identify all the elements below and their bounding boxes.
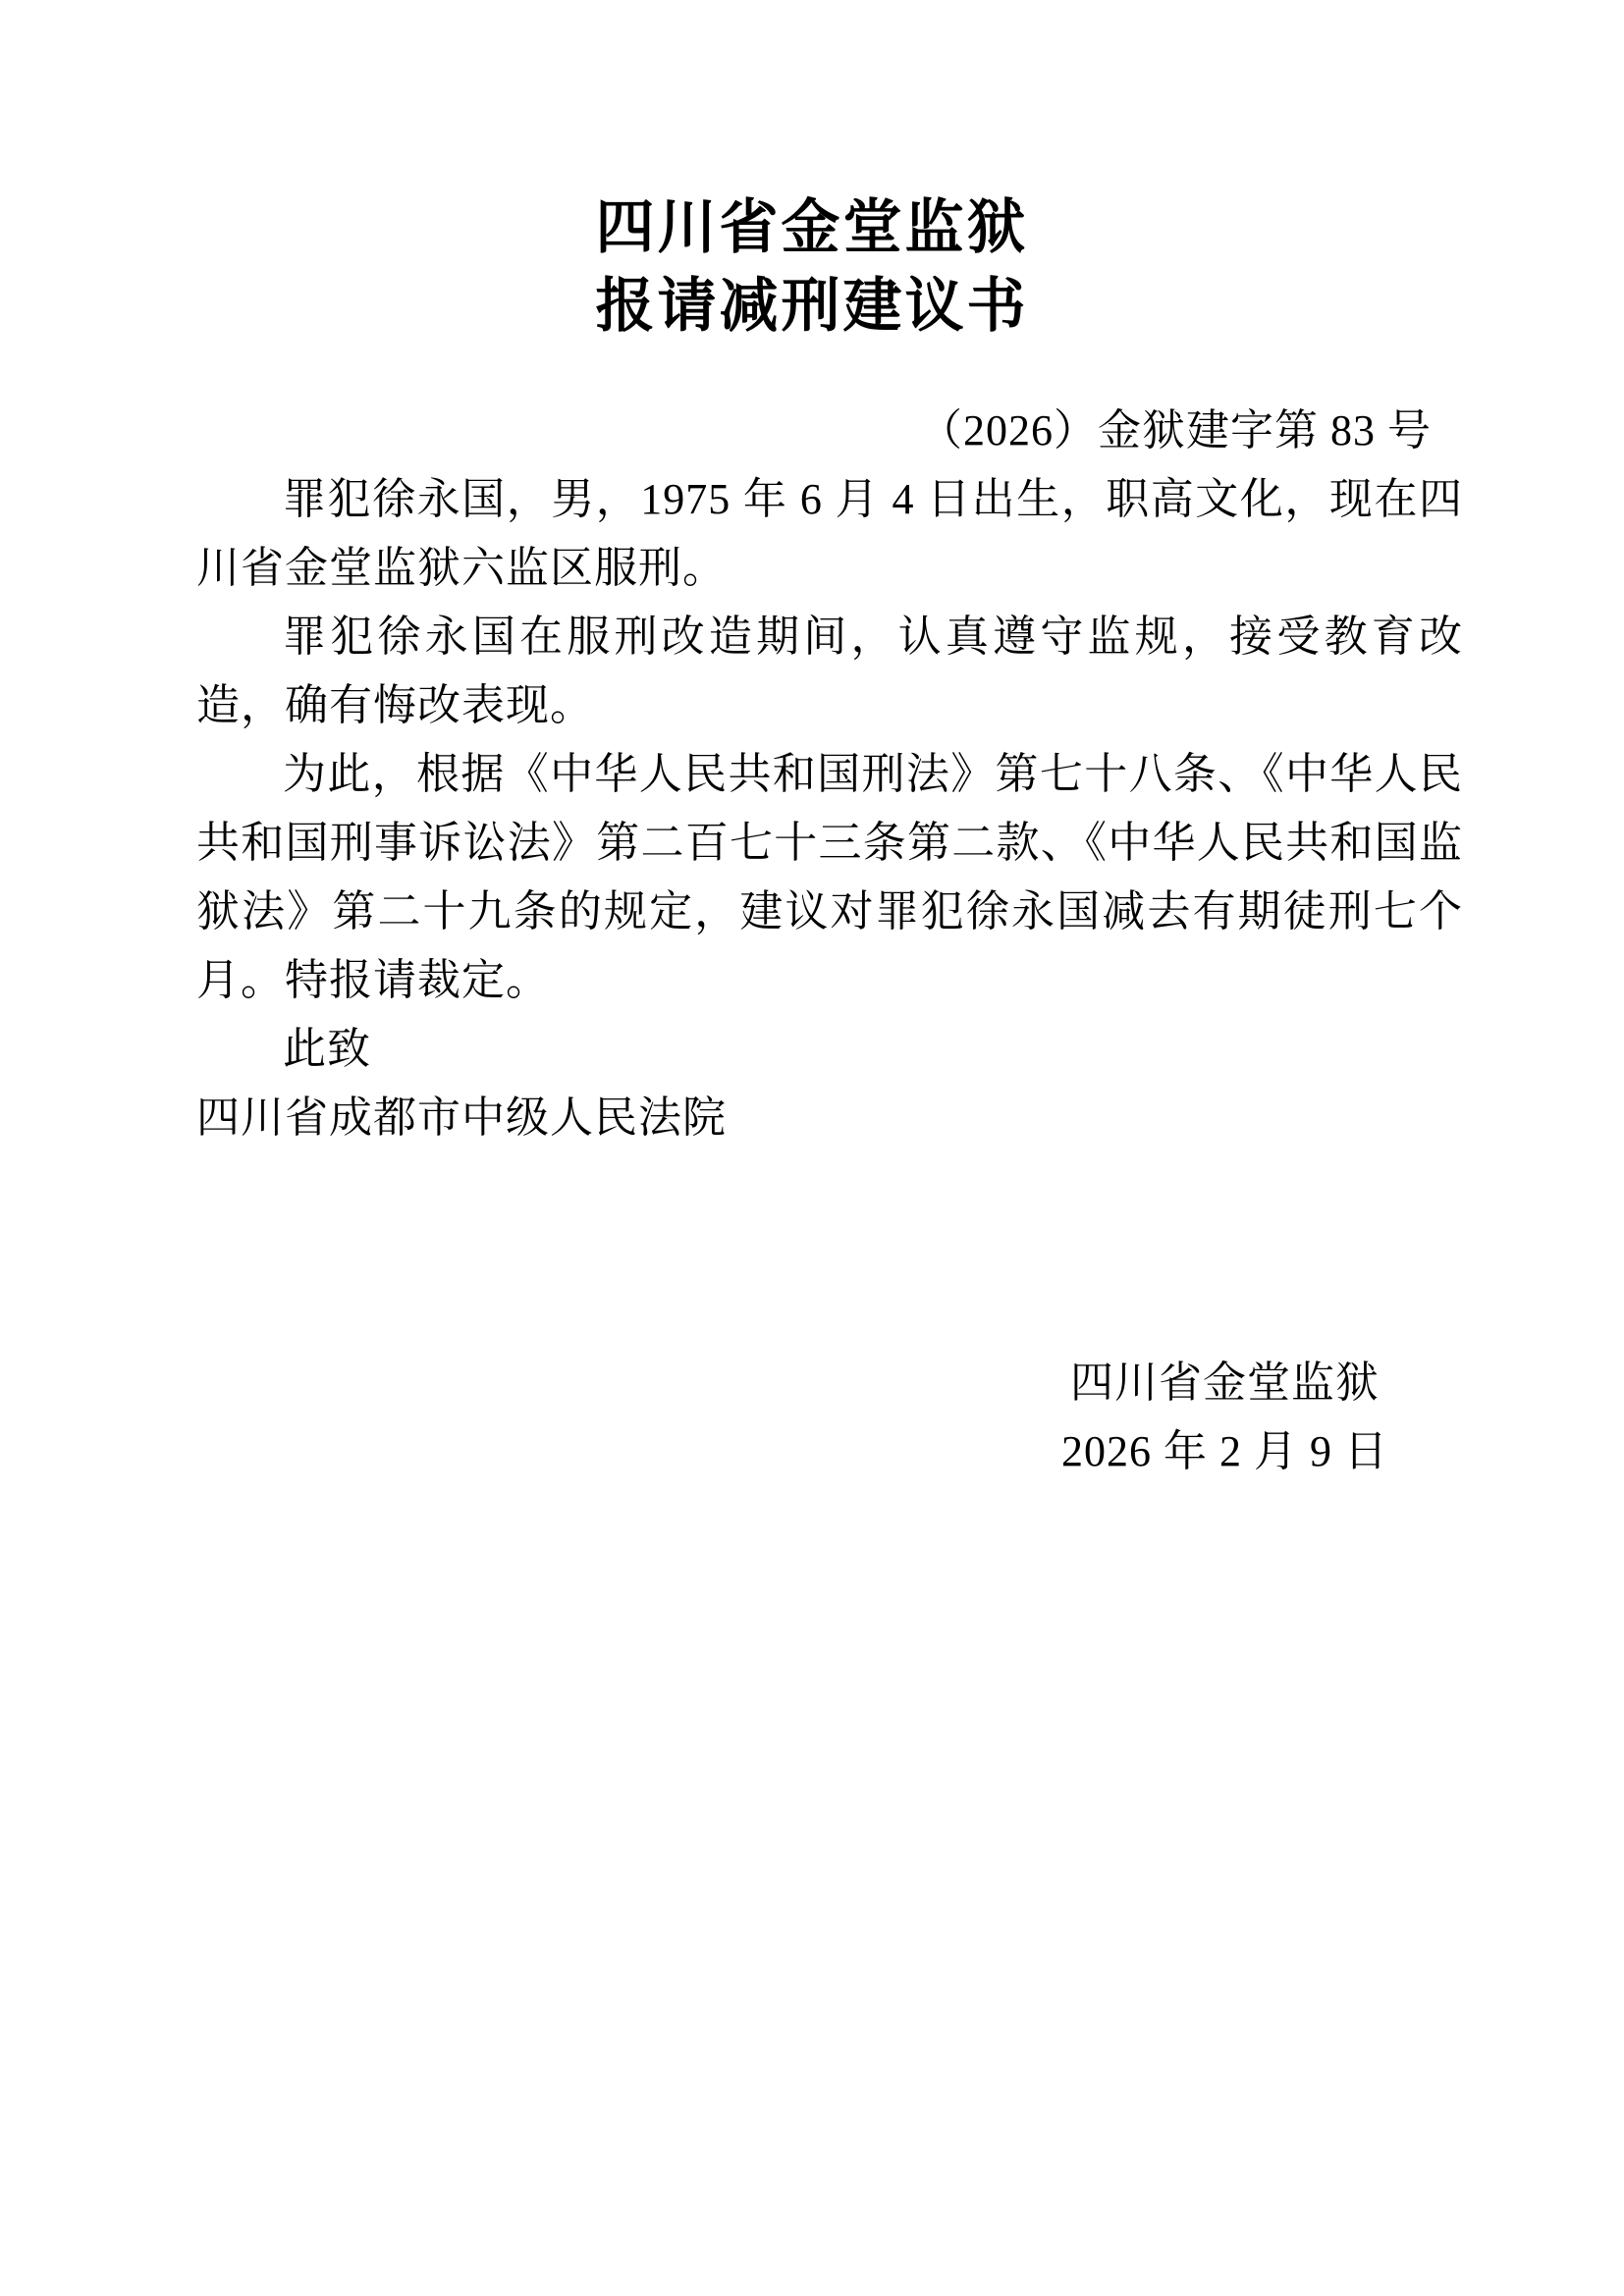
salutation: 此致: [196, 1015, 1463, 1084]
recipient-court: 四川省成都市中级人民法院: [196, 1084, 1463, 1152]
document-page: 四川省金堂监狱 报请减刑建议书 （2026）金狱建字第 83 号 罪犯徐永国，男…: [0, 0, 1624, 2296]
title-line-1: 四川省金堂监狱: [0, 188, 1624, 267]
body-paragraph-1: 罪犯徐永国，男，1975 年 6 月 4 日出生，职高文化，现在四川省金堂监狱六…: [196, 465, 1463, 603]
doc-number: （2026）金狱建字第 83 号: [196, 397, 1463, 465]
body-paragraph-2: 罪犯徐永国在服刑改造期间，认真遵守监规，接受教育改造，确有悔改表现。: [196, 603, 1463, 740]
signature-date: 2026 年 2 月 9 日: [1061, 1417, 1388, 1486]
signature-org: 四川省金堂监狱: [1061, 1349, 1388, 1417]
body-paragraph-3: 为此，根据《中华人民共和国刑法》第七十八条、《中华人民共和国刑事诉讼法》第二百七…: [196, 740, 1463, 1015]
document-body: （2026）金狱建字第 83 号 罪犯徐永国，男，1975 年 6 月 4 日出…: [196, 397, 1463, 1152]
signature-block: 四川省金堂监狱 2026 年 2 月 9 日: [1061, 1349, 1388, 1486]
document-title: 四川省金堂监狱 报请减刑建议书: [0, 0, 1624, 346]
title-line-2: 报请减刑建议书: [0, 267, 1624, 346]
